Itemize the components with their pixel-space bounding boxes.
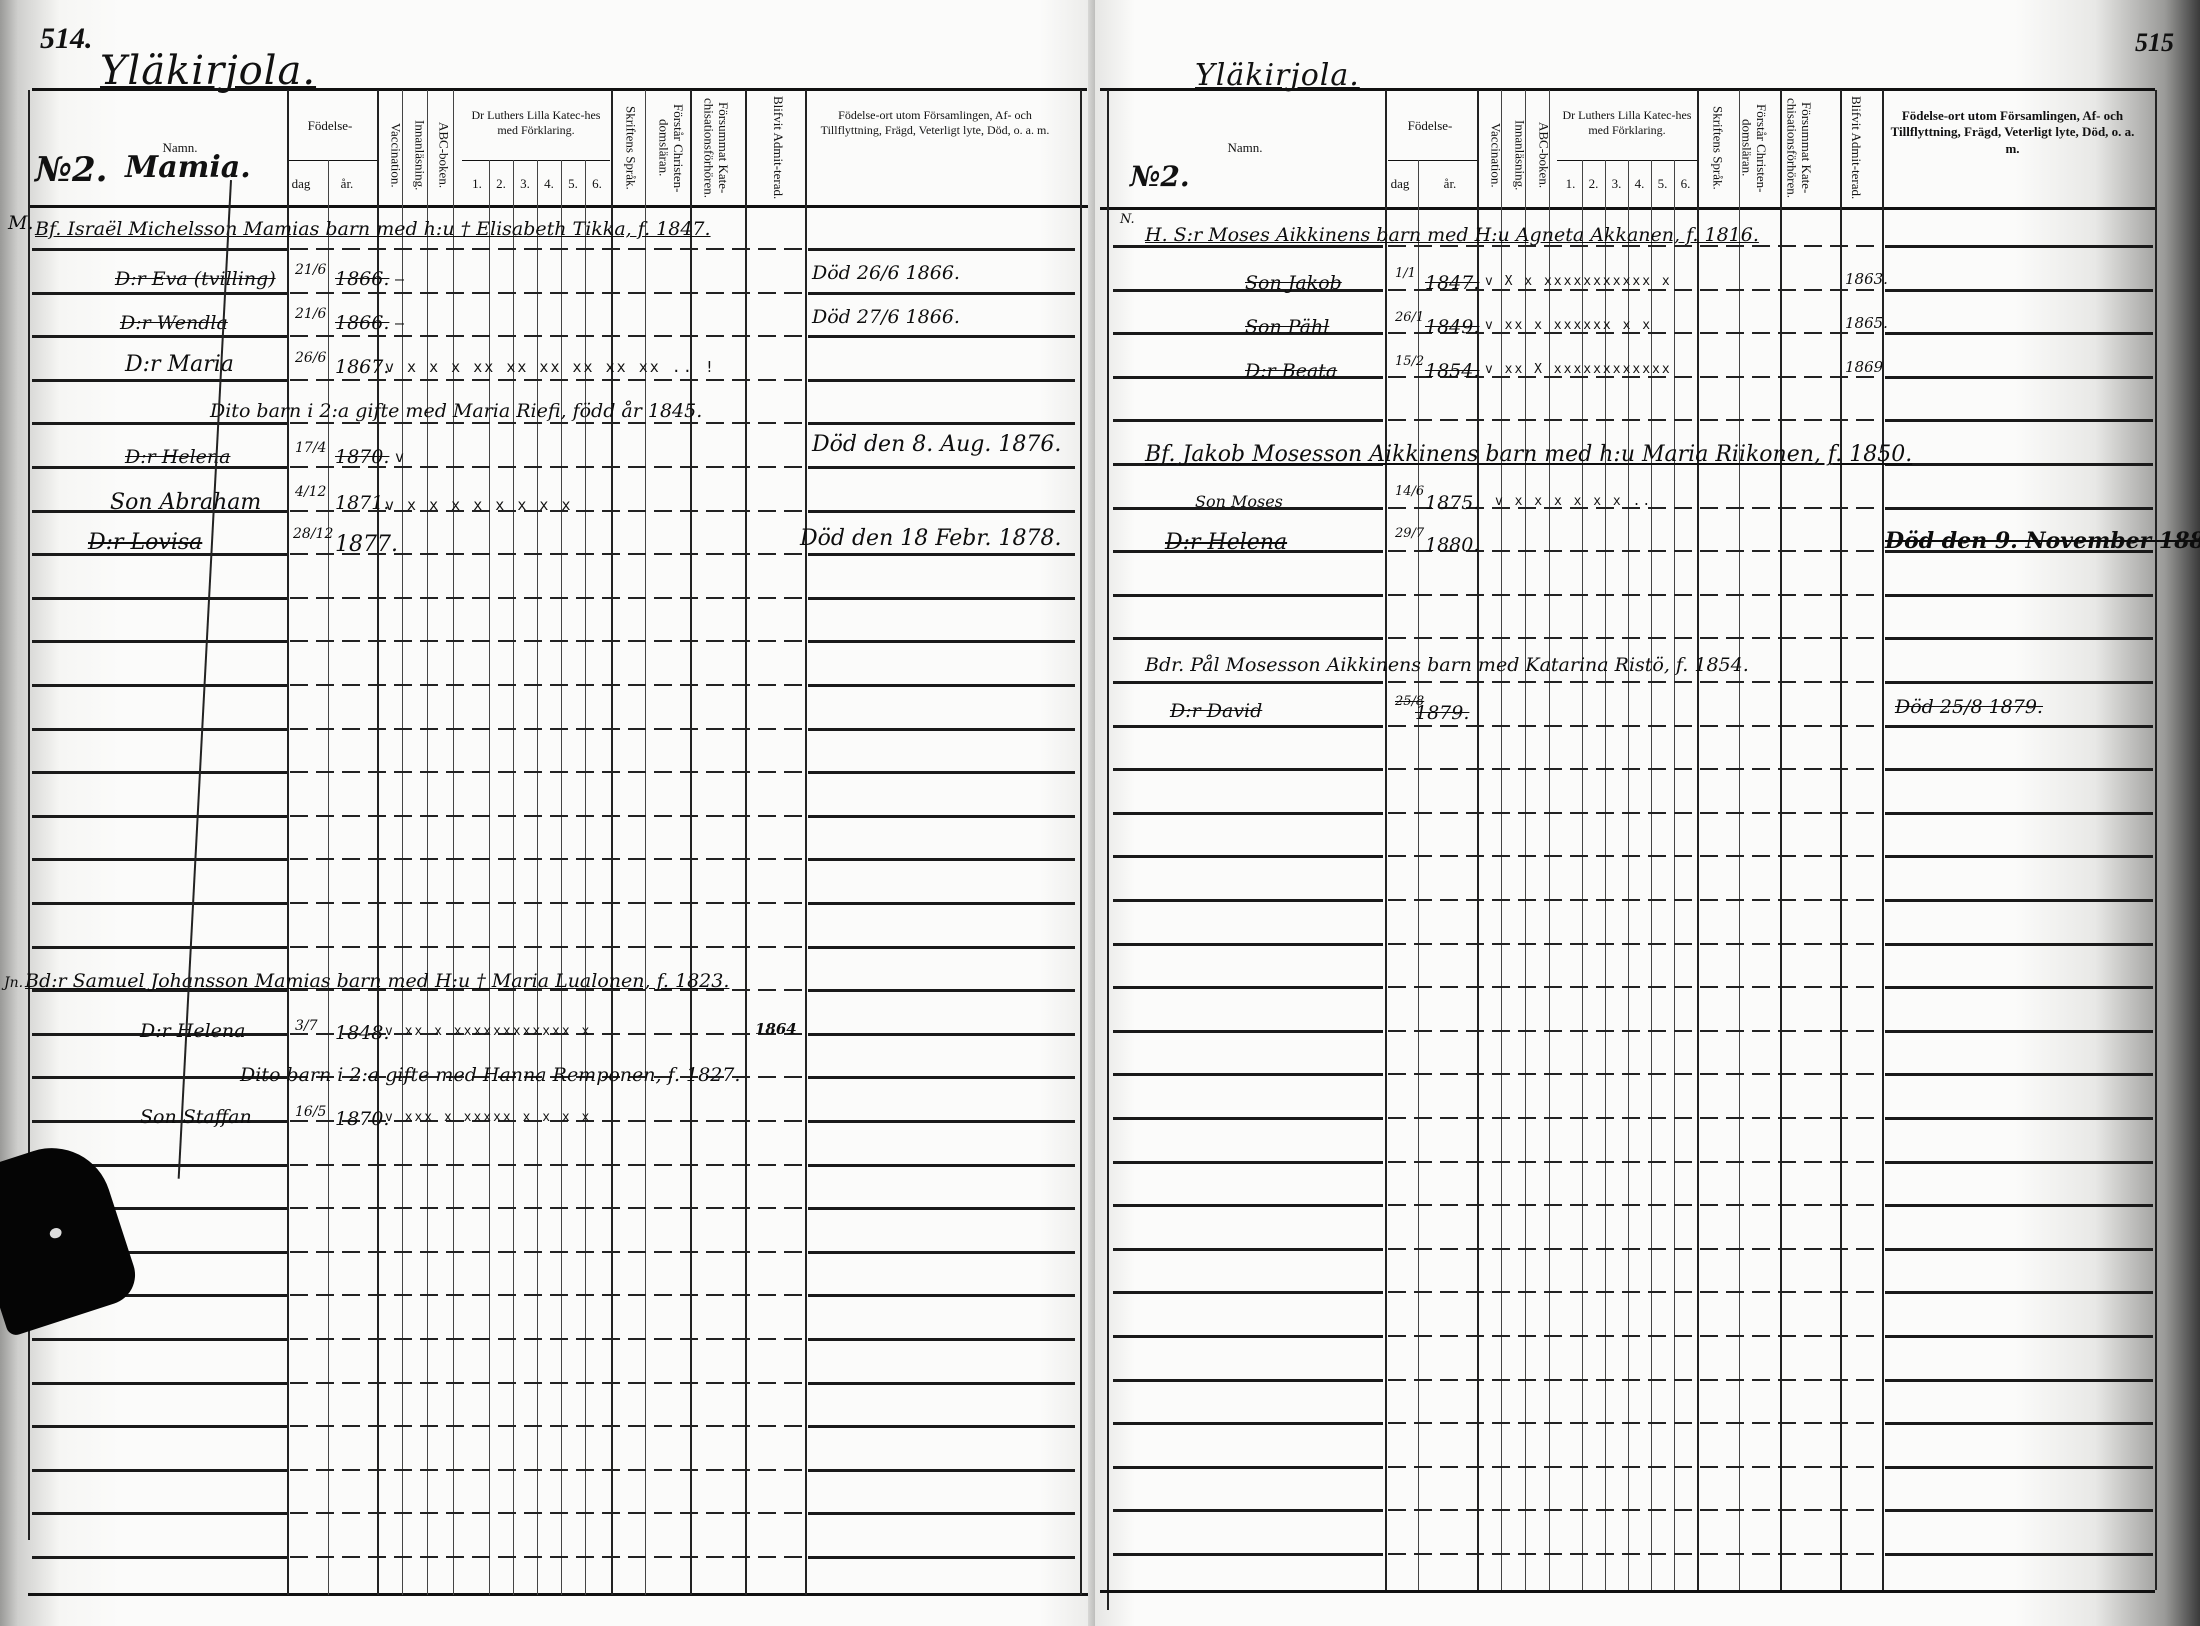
ruled-line bbox=[32, 1382, 287, 1385]
entry-day: 4/12 bbox=[295, 484, 326, 500]
family-head-5: Bdr. Pål Mosesson Aikkinens barn med Kat… bbox=[1145, 654, 1749, 676]
col-line bbox=[427, 90, 428, 1595]
ruled-line bbox=[808, 422, 1075, 425]
ruled-line bbox=[32, 946, 287, 949]
ruled-line bbox=[1885, 1204, 2153, 1207]
header-forsummat: Försummat Kate-chisationsförhören. bbox=[700, 96, 730, 200]
ruled-line bbox=[32, 1425, 287, 1428]
entry-admitted: 1869 bbox=[1845, 358, 1883, 376]
entry-name: Son Pähl bbox=[1245, 316, 1329, 338]
ruled-line bbox=[32, 1556, 287, 1559]
ruled-line bbox=[32, 248, 287, 251]
ruled-line bbox=[1885, 855, 2153, 858]
header-luther-6: 6. bbox=[585, 176, 609, 192]
entry-marks: v x x x x x x .. bbox=[1495, 494, 1652, 509]
header-luther-3: 3. bbox=[513, 176, 537, 192]
ruled-line bbox=[808, 248, 1075, 251]
ruled-line bbox=[290, 292, 805, 294]
ruled-line bbox=[1388, 1553, 1882, 1555]
entry-year: 1879. bbox=[1415, 702, 1469, 724]
ruled-line bbox=[1113, 725, 1383, 728]
col-line bbox=[1525, 90, 1526, 1590]
ruled-line bbox=[1388, 1379, 1882, 1381]
ruled-line bbox=[1388, 1509, 1882, 1511]
fodelse-subrule bbox=[1388, 160, 1478, 161]
ruled-line bbox=[808, 858, 1075, 861]
entry-year: 1866. bbox=[335, 312, 389, 334]
entry-name: D:r Eva (tvilling) bbox=[115, 268, 276, 290]
ruled-line bbox=[1388, 1030, 1882, 1032]
header-luther-5: 5. bbox=[561, 176, 585, 192]
ruled-line bbox=[808, 292, 1075, 295]
margin-mark: M. bbox=[8, 212, 34, 234]
entry-remark: Död den 9. November 1880. bbox=[1885, 528, 2200, 554]
ruled-line bbox=[808, 1469, 1075, 1472]
ruled-line bbox=[1885, 1073, 2153, 1076]
ruled-line bbox=[1388, 1466, 1882, 1468]
ruled-line bbox=[1885, 1161, 2153, 1164]
ruled-line bbox=[1885, 1117, 2153, 1120]
ruled-line bbox=[808, 553, 1075, 556]
col-line bbox=[1080, 90, 1082, 1595]
ruled-line bbox=[1113, 1204, 1383, 1207]
ruled-line bbox=[290, 379, 805, 381]
header-fodelse: Födelse- bbox=[290, 118, 370, 134]
header-innanlasning: Innanläsning. bbox=[412, 110, 426, 200]
header-luther-2: 2. bbox=[489, 176, 513, 192]
col-line bbox=[1549, 90, 1550, 1590]
entry-remark: Död 27/6 1866. bbox=[812, 306, 960, 328]
ruled-line bbox=[1113, 1335, 1383, 1338]
page-number-right: 515 bbox=[2135, 28, 2174, 58]
entry-marks: v bbox=[395, 448, 406, 466]
right-border bbox=[2155, 90, 2157, 1590]
ruled-line bbox=[1885, 507, 2153, 510]
ruled-line bbox=[1885, 1030, 2153, 1033]
ruled-line bbox=[290, 1425, 805, 1427]
ruled-line bbox=[1885, 725, 2153, 728]
ruled-line bbox=[1885, 419, 2153, 422]
luther-subrule bbox=[462, 160, 610, 161]
ruled-line bbox=[1885, 1422, 2153, 1425]
ruled-line bbox=[32, 335, 287, 338]
entry-day: 21/6 bbox=[295, 262, 326, 278]
ruled-line bbox=[1388, 1335, 1882, 1337]
col-line bbox=[611, 90, 613, 1595]
ruled-line bbox=[290, 640, 805, 642]
header-skriftens-sprak: Skriftens Språk. bbox=[623, 96, 637, 200]
ruled-line bbox=[808, 1425, 1075, 1428]
ruled-line bbox=[1388, 1291, 1882, 1293]
ruled-line bbox=[1113, 1379, 1383, 1382]
ruled-line bbox=[1113, 1073, 1383, 1076]
header-luther: Dr Luthers Lilla Katec-hes med Förklarin… bbox=[1557, 108, 1697, 138]
entry-marks: v xxx x xxxxx x x x x bbox=[385, 1110, 591, 1125]
ruled-line bbox=[1113, 1248, 1383, 1251]
entry-day: 26/6 bbox=[295, 350, 326, 366]
ruled-line bbox=[808, 1294, 1075, 1297]
ruled-line bbox=[1113, 1553, 1383, 1556]
ruled-line bbox=[290, 422, 805, 424]
col-line bbox=[1739, 90, 1740, 1590]
ruled-line bbox=[808, 1164, 1075, 1167]
header-dag: dag bbox=[1385, 176, 1415, 192]
entry-day: 21/6 bbox=[295, 306, 326, 322]
ruled-line bbox=[290, 1251, 805, 1253]
ruled-line bbox=[1113, 1030, 1383, 1033]
header-luther-4: 4. bbox=[1628, 176, 1651, 192]
col-line bbox=[1418, 160, 1419, 1590]
ruled-line bbox=[1388, 812, 1882, 814]
ruled-line bbox=[1113, 986, 1383, 989]
ruled-line bbox=[32, 684, 287, 687]
ruled-line bbox=[808, 1076, 1075, 1079]
ruled-line bbox=[1388, 725, 1882, 727]
ruled-line bbox=[1388, 419, 1882, 421]
ruled-line bbox=[32, 902, 287, 905]
ruled-line bbox=[290, 1382, 805, 1384]
entry-year: 1870. bbox=[335, 446, 389, 468]
entry-name: D:r Beata bbox=[1245, 360, 1337, 382]
ruled-line bbox=[1113, 1466, 1383, 1469]
entry-name: Son Abraham bbox=[110, 490, 261, 515]
ruled-line bbox=[290, 684, 805, 686]
ruled-line bbox=[1885, 681, 2153, 684]
col-line bbox=[328, 160, 329, 1595]
ruled-line bbox=[290, 1556, 805, 1558]
ruled-line bbox=[1388, 768, 1882, 770]
entry-marks: v X x xxxxxxxxxxx x bbox=[1485, 274, 1672, 289]
ruled-line bbox=[1388, 1073, 1882, 1075]
col-line bbox=[453, 90, 454, 1595]
ruled-line bbox=[1885, 812, 2153, 815]
header-ar: år. bbox=[1425, 176, 1475, 192]
entry-year: 1867. bbox=[335, 356, 389, 378]
header-skriftens-sprak: Skriftens Språk. bbox=[1710, 96, 1724, 200]
fodelse-subrule bbox=[287, 160, 377, 161]
entry-day: 1/1 bbox=[1395, 266, 1416, 281]
entry-year: 1871. bbox=[335, 492, 389, 514]
entry-year: 1848. bbox=[335, 1022, 389, 1044]
ruled-line bbox=[1388, 594, 1882, 596]
entry-marks: v x x x xx xx xx xx xx xx .. ! bbox=[385, 358, 716, 376]
header-top-rule bbox=[1100, 88, 2155, 91]
entry-year: 1866. bbox=[335, 268, 389, 290]
ruled-line bbox=[808, 1033, 1075, 1036]
header-luther-3: 3. bbox=[1605, 176, 1628, 192]
ruled-line bbox=[1113, 637, 1383, 640]
ruled-line bbox=[1885, 1335, 2153, 1338]
ruled-line bbox=[1388, 855, 1882, 857]
page-number-left: 514. bbox=[40, 22, 93, 56]
ruled-line bbox=[1885, 637, 2153, 640]
ruled-line bbox=[808, 946, 1075, 949]
ruled-line bbox=[808, 335, 1075, 338]
ruled-line bbox=[290, 771, 805, 773]
entry-day: 15/2 bbox=[1395, 354, 1424, 369]
ruled-line bbox=[1885, 768, 2153, 771]
entry-year: 1849. bbox=[1425, 316, 1479, 338]
header-fodelse: Födelse- bbox=[1385, 118, 1475, 134]
ruled-line bbox=[808, 771, 1075, 774]
ruled-line bbox=[32, 640, 287, 643]
ruled-line bbox=[32, 379, 287, 382]
ruled-line bbox=[32, 1469, 287, 1472]
entry-remark: Död den 18 Febr. 1878. bbox=[800, 526, 1061, 551]
ruled-line bbox=[808, 379, 1075, 382]
ruled-line bbox=[1388, 899, 1882, 901]
entry-remark: Död 26/6 1866. bbox=[812, 262, 960, 284]
header-bottom-rule bbox=[28, 205, 1088, 208]
ruled-line bbox=[32, 728, 287, 731]
ruled-line bbox=[290, 335, 805, 337]
house-number-left: №2. bbox=[35, 150, 107, 190]
ruled-line bbox=[1885, 1379, 2153, 1382]
entry-marks: v xx X xxxxxxxxxxxx bbox=[1485, 362, 1672, 377]
entry-marks: v xx x xxxxxxxxxxxx x bbox=[385, 1024, 591, 1039]
header-luther-2: 2. bbox=[1582, 176, 1605, 192]
ruled-line bbox=[1113, 419, 1383, 422]
entry-name: D:r Lovisa bbox=[88, 530, 202, 555]
header-ar: år. bbox=[322, 176, 372, 192]
col-line bbox=[745, 90, 747, 1595]
ruled-line bbox=[290, 1338, 805, 1340]
page-bottom-rule bbox=[1100, 1590, 2155, 1593]
entry-year: 1854. bbox=[1425, 360, 1479, 382]
ruled-line bbox=[808, 1207, 1075, 1210]
ruled-line bbox=[808, 815, 1075, 818]
header-luther-1: 1. bbox=[465, 176, 489, 192]
ruled-line bbox=[1388, 1117, 1882, 1119]
ruled-line bbox=[808, 1382, 1075, 1385]
ruled-line bbox=[32, 771, 287, 774]
col-line bbox=[805, 90, 807, 1595]
ruled-line bbox=[1885, 1291, 2153, 1294]
header-admitterad: Blifvit Admit-terad. bbox=[755, 96, 785, 200]
ruled-line bbox=[1113, 681, 1383, 684]
ruled-line bbox=[1113, 1509, 1383, 1512]
ruled-line bbox=[32, 292, 287, 295]
ruled-line bbox=[290, 1207, 805, 1209]
header-vaccination: Vaccination. bbox=[388, 110, 402, 200]
ruled-line bbox=[808, 1251, 1075, 1254]
ruled-line bbox=[290, 728, 805, 730]
ruled-line bbox=[1885, 943, 2153, 946]
col-line bbox=[1385, 90, 1387, 1590]
entry-marks: — bbox=[395, 270, 406, 288]
ruled-line bbox=[1885, 1466, 2153, 1469]
entry-name: D:r Helena bbox=[140, 1020, 245, 1042]
ruled-line bbox=[32, 815, 287, 818]
ruled-line bbox=[290, 815, 805, 817]
entry-remark: Död den 8. Aug. 1876. bbox=[812, 432, 1061, 457]
ruled-line bbox=[290, 1164, 805, 1166]
ruled-line bbox=[32, 1512, 287, 1515]
ruled-line bbox=[808, 902, 1075, 905]
right-page: 515 Yläkirjola. Namn. №2. Födelse- dag å… bbox=[1095, 0, 2200, 1626]
ruled-line bbox=[290, 597, 805, 599]
ruled-line bbox=[1113, 943, 1383, 946]
ruled-line bbox=[1885, 1553, 2153, 1556]
ruled-line bbox=[290, 248, 805, 250]
entry-admitted: 1864 bbox=[755, 1020, 797, 1038]
ruled-line bbox=[1113, 855, 1383, 858]
ruled-line bbox=[808, 466, 1075, 469]
ruled-line bbox=[1885, 986, 2153, 989]
entry-year: 1847. bbox=[1425, 272, 1479, 294]
entry-year: 1880. bbox=[1425, 534, 1479, 556]
col-line bbox=[1674, 160, 1675, 1590]
header-forstar: Förstår Christen-domsläran. bbox=[655, 96, 685, 200]
ruled-line bbox=[1113, 812, 1383, 815]
margin-mark: Jn. bbox=[4, 975, 23, 991]
header-namn: Namn. bbox=[1195, 140, 1295, 156]
ruled-line bbox=[32, 1338, 287, 1341]
ruled-line bbox=[808, 597, 1075, 600]
margin-mark: N. bbox=[1120, 212, 1135, 227]
entry-day: 26/1 bbox=[1395, 310, 1424, 325]
header-luther-1: 1. bbox=[1559, 176, 1582, 192]
ruled-line bbox=[32, 858, 287, 861]
entry-name: Son Moses bbox=[1195, 492, 1283, 511]
ruled-line bbox=[1113, 1161, 1383, 1164]
entry-marks: v xx x xxxxxx x x bbox=[1485, 318, 1652, 333]
col-line bbox=[1697, 90, 1699, 1590]
ruled-line bbox=[1113, 1422, 1383, 1425]
ruled-line bbox=[1388, 681, 1882, 683]
header-dag: dag bbox=[286, 176, 316, 192]
entry-year: 1875. bbox=[1425, 492, 1479, 514]
col-line bbox=[287, 90, 289, 1595]
ruled-line bbox=[1388, 1204, 1882, 1206]
header-forstar: Förstår Christen-domsläran. bbox=[1738, 96, 1768, 200]
entry-admitted: 1865. bbox=[1845, 314, 1888, 332]
entry-name: D:r Helena bbox=[1165, 530, 1287, 555]
family-head-1: Bf. Israël Michelsson Mamias barn med h:… bbox=[35, 218, 711, 240]
ruled-line bbox=[1885, 1248, 2153, 1251]
header-luther-5: 5. bbox=[1651, 176, 1674, 192]
entry-day: 14/6 bbox=[1395, 484, 1424, 499]
entry-name: Son Staffan bbox=[140, 1106, 252, 1128]
header-luther-4: 4. bbox=[537, 176, 561, 192]
ruled-line bbox=[1885, 1509, 2153, 1512]
house-number-right: №2. bbox=[1130, 160, 1190, 193]
entry-day: 29/7 bbox=[1395, 526, 1424, 541]
entry-year: 1877. bbox=[335, 532, 398, 557]
page-bottom-rule bbox=[28, 1593, 1088, 1596]
ruled-line bbox=[808, 684, 1075, 687]
entry-name: D:r Maria bbox=[125, 352, 234, 377]
entry-marks: — bbox=[395, 314, 406, 332]
ruled-line bbox=[1388, 943, 1882, 945]
ruled-line bbox=[808, 510, 1075, 513]
ruled-line bbox=[1885, 463, 2153, 466]
header-forsummat: Försummat Kate-chisationsförhören. bbox=[1783, 96, 1813, 200]
header-fodelseort: Födelse-ort utom Församlingen, Af- och T… bbox=[815, 108, 1055, 138]
entry-day: 3/7 bbox=[295, 1018, 318, 1034]
ruled-line bbox=[1885, 289, 2153, 292]
entry-remark: Död 25/8 1879. bbox=[1895, 696, 2043, 718]
header-abc-boken: ABC-boken. bbox=[436, 110, 450, 200]
header-luther-6: 6. bbox=[1674, 176, 1697, 192]
ruled-line bbox=[1113, 768, 1383, 771]
ruled-line bbox=[290, 902, 805, 904]
ruled-line bbox=[1885, 332, 2153, 335]
subheading: Dito barn i 2:a gifte med Maria Riefi, f… bbox=[210, 400, 702, 422]
subheading: Dito barn i 2:a gifte med Hanna Remponen… bbox=[240, 1064, 740, 1086]
ruled-line bbox=[808, 640, 1075, 643]
luther-subrule bbox=[1557, 160, 1697, 161]
entry-day: 16/5 bbox=[295, 1104, 326, 1120]
ruled-line bbox=[808, 728, 1075, 731]
col-line bbox=[1780, 90, 1782, 1590]
entry-name: D:r Wendla bbox=[120, 312, 228, 334]
family-head-3: H. S:r Moses Aikkinens barn med H:u Agne… bbox=[1145, 224, 1759, 246]
ruled-line bbox=[1885, 245, 2153, 248]
ruled-line bbox=[290, 1512, 805, 1514]
ruled-line bbox=[290, 1294, 805, 1296]
entry-name: Son Jakob bbox=[1245, 272, 1342, 294]
col-line bbox=[690, 90, 692, 1595]
ruled-line bbox=[32, 422, 287, 425]
ruled-line bbox=[1885, 376, 2153, 379]
col-line bbox=[645, 90, 646, 1595]
ruled-line bbox=[808, 1512, 1075, 1515]
ruled-line bbox=[1388, 986, 1882, 988]
ruled-line bbox=[808, 1120, 1075, 1123]
ruled-line bbox=[808, 1556, 1075, 1559]
entry-name: D:r David bbox=[1170, 700, 1262, 722]
ruled-line bbox=[1113, 899, 1383, 902]
header-admitterad: Blifvit Admit-terad. bbox=[1833, 96, 1863, 200]
left-page: 514. Yläkirjola. Namn. №2. Mamia. Födels… bbox=[0, 0, 1095, 1626]
ruled-line bbox=[1113, 1291, 1383, 1294]
col-line bbox=[1501, 90, 1502, 1590]
left-border bbox=[1107, 90, 1109, 1610]
ruled-line bbox=[1388, 637, 1882, 639]
ruled-line bbox=[290, 858, 805, 860]
header-luther: Dr Luthers Lilla Katec-hes med Förklarin… bbox=[462, 108, 610, 138]
col-line bbox=[1477, 90, 1479, 1590]
ruled-line bbox=[1388, 1422, 1882, 1424]
ruled-line bbox=[290, 946, 805, 948]
ruled-line bbox=[1388, 1161, 1882, 1163]
ruled-line bbox=[1113, 1117, 1383, 1120]
family-head-2: Bd:r Samuel Johansson Mamias barn med H:… bbox=[25, 970, 729, 992]
ruled-line bbox=[808, 1338, 1075, 1341]
ruled-line bbox=[1885, 594, 2153, 597]
header-fodelseort: Födelse-ort utom Församlingen, Af- och T… bbox=[1885, 108, 2140, 157]
header-top-rule bbox=[32, 88, 1087, 91]
entry-admitted: 1863. bbox=[1845, 270, 1888, 288]
ruled-line bbox=[290, 1469, 805, 1471]
entry-year: 1870. bbox=[335, 1108, 389, 1130]
entry-day: 28/12 bbox=[293, 526, 333, 542]
col-line bbox=[1840, 90, 1842, 1590]
entry-marks: v x x x x x x x x bbox=[385, 496, 573, 514]
family-head-4: Bf. Jakob Mosesson Aikkinens barn med h:… bbox=[1145, 442, 1912, 467]
ruled-line bbox=[32, 597, 287, 600]
ruled-line bbox=[1885, 899, 2153, 902]
ruled-line bbox=[808, 989, 1075, 992]
ruled-line bbox=[1388, 1248, 1882, 1250]
ruled-line bbox=[1113, 594, 1383, 597]
entry-day: 17/4 bbox=[295, 440, 326, 456]
